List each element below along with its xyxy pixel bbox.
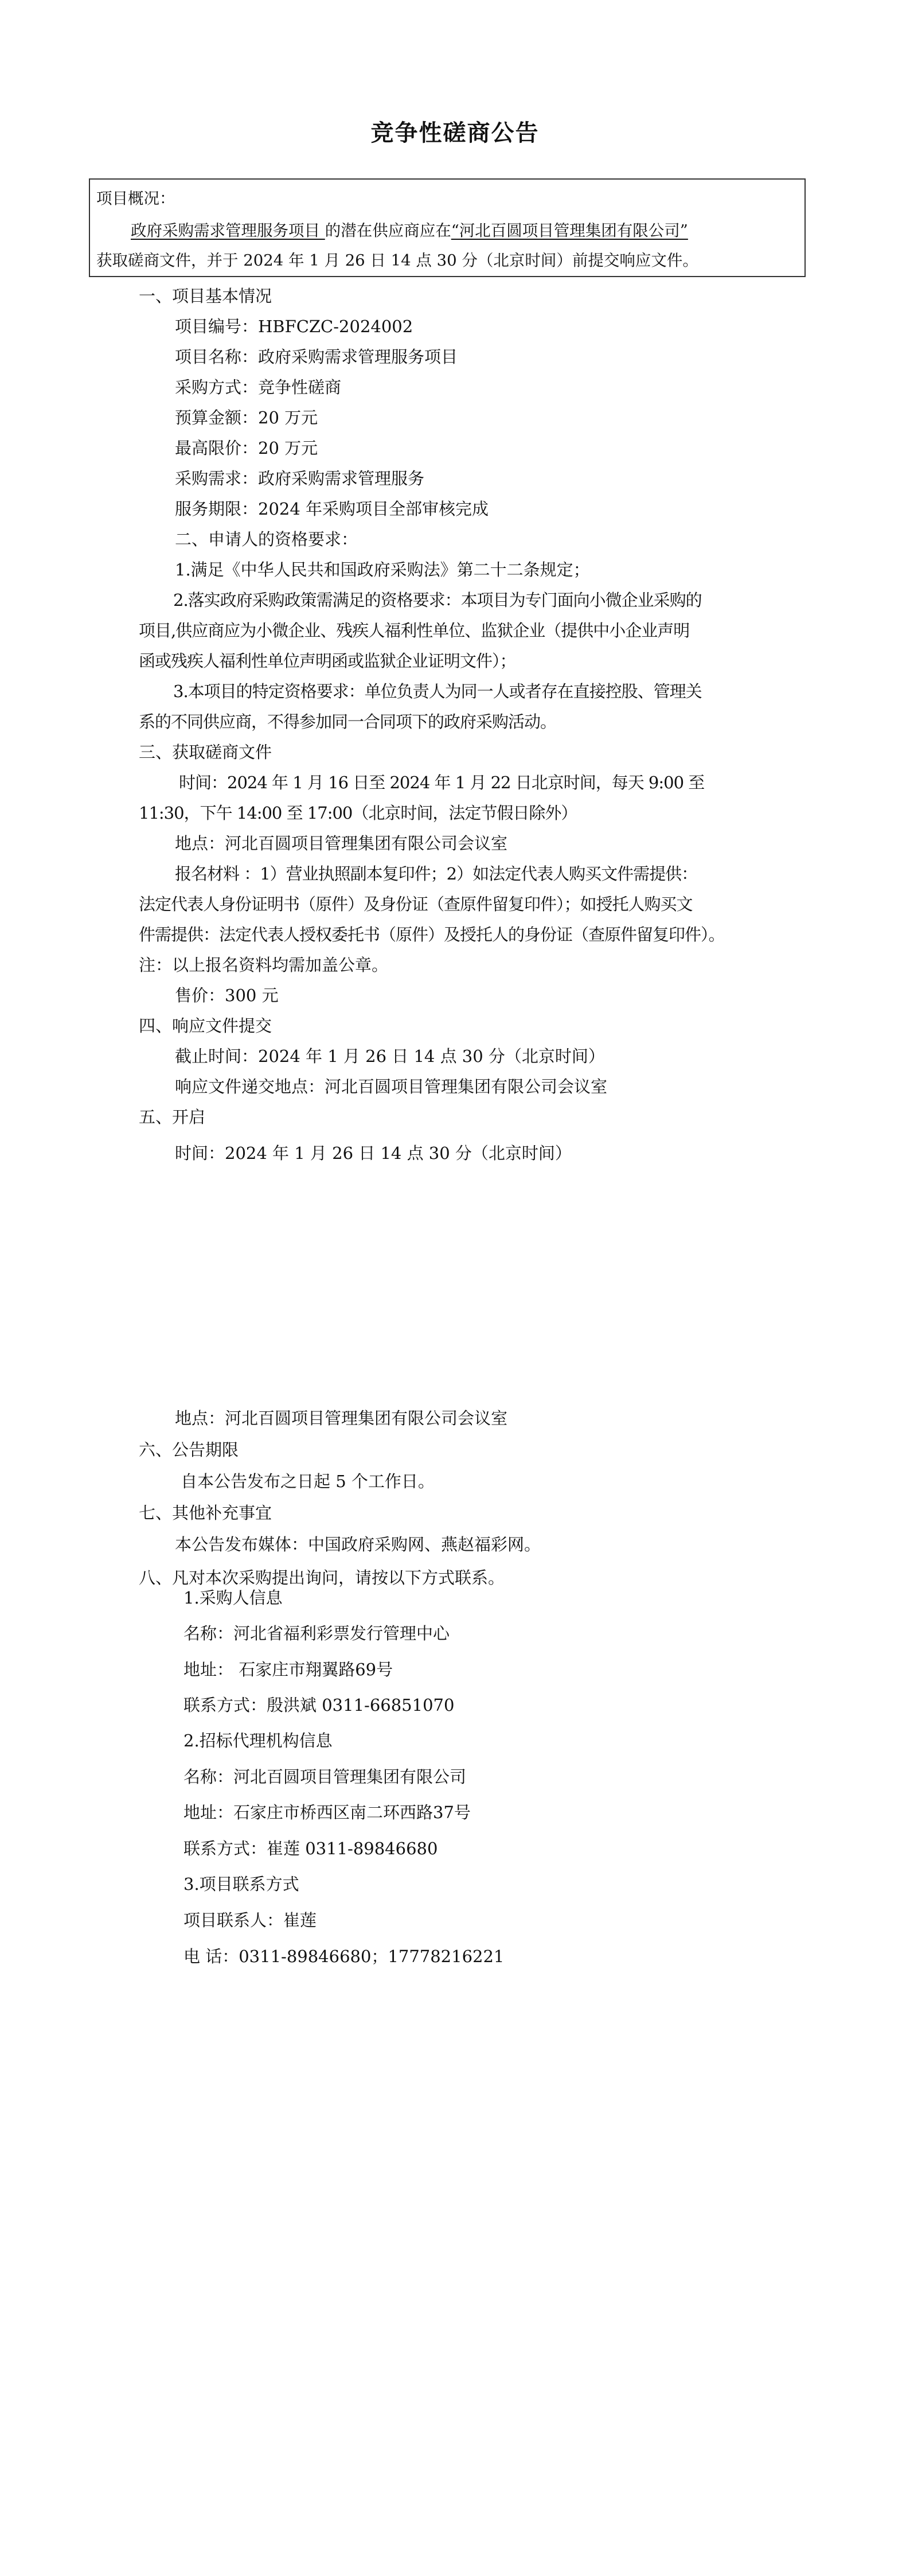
project-name: 项目名称：政府采购需求管理服务项目 — [175, 345, 458, 368]
qualification-2-line-3: 函或残疾人福利性单位声明函或监狱企业证明文件）； — [139, 649, 516, 672]
max-price: 最高限价：20 万元 — [175, 437, 318, 460]
submission-location: 响应文件递交地点：河北百圆项目管理集团有限公司会议室 — [175, 1075, 607, 1098]
acquisition-location: 地点：河北百圆项目管理集团有限公司会议室 — [175, 832, 507, 855]
registration-note: 注：以上报名资料均需加盖公章。 — [139, 954, 388, 976]
agency-info-heading: 2.招标代理机构信息 — [183, 1729, 333, 1752]
section-8-heading: 八、凡对本次采购提出询问，请按以下方式联系。 — [139, 1566, 505, 1589]
purchaser-name: 名称：河北省福利彩票发行管理中心 — [183, 1622, 450, 1645]
project-contact-person: 项目联系人：崔莲 — [183, 1909, 317, 1932]
project-contact-heading: 3.项目联系方式 — [183, 1873, 299, 1896]
section-4-heading: 四、响应文件提交 — [139, 1014, 272, 1037]
publication-media: 本公告发布媒体：中国政府采购网、燕赵福彩网。 — [175, 1533, 541, 1556]
section-1-heading: 一、项目基本情况 — [139, 285, 272, 308]
section-5-heading: 五、开启 — [139, 1106, 205, 1129]
overview-project-name: 政府采购需求管理服务项目 — [131, 221, 325, 240]
document-price: 售价：300 元 — [175, 984, 279, 1007]
procurement-method: 采购方式：竞争性磋商 — [175, 376, 341, 399]
announcement-period: 自本公告发布之日起 5 个工作日。 — [181, 1470, 435, 1493]
overview-label: 项目概况： — [96, 187, 175, 210]
submission-deadline: 截止时间：2024 年 1 月 26 日 14 点 30 分（北京时间） — [175, 1045, 605, 1068]
registration-materials-line-1: 报名材料 ：1）营业执照副本复印件；2）如法定代表人购买文件需提供： — [175, 862, 697, 885]
acquisition-time-line-2: 11:30，下午 14:00 至 17:00（北京时间，法定节假日除外） — [139, 801, 577, 824]
section-2-heading: 二、申请人的资格要求： — [175, 528, 358, 551]
agency-name: 名称：河北百圆项目管理集团有限公司 — [183, 1765, 466, 1788]
qualification-1: 1.满足《中华人民共和国政府采购法》第二十二条规定； — [175, 558, 590, 581]
page-title: 竞争性磋商公告 — [0, 118, 910, 148]
qualification-3-line-1: 3.本项目的特定资格要求：单位负责人为同一人或者存在直接控股、管理关 — [173, 680, 702, 703]
budget-amount: 预算金额：20 万元 — [175, 406, 318, 429]
project-number: 项目编号：HBFCZC-2024002 — [175, 315, 413, 338]
qualification-2-line-2: 项目,供应商应为小微企业、残疾人福利性单位、监狱企业（提供中小企业声明 — [139, 619, 689, 642]
overview-line-2: 获取磋商文件，并于 2024 年 1 月 26 日 14 点 30 分（北京时间… — [96, 249, 698, 272]
opening-time: 时间：2024 年 1 月 26 日 14 点 30 分（北京时间） — [175, 1142, 572, 1165]
section-3-heading: 三、获取磋商文件 — [139, 741, 272, 764]
acquisition-time-line-1: 时间：2024 年 1 月 16 日至 2024 年 1 月 22 日北京时间，… — [179, 771, 704, 794]
service-period: 服务期限：2024 年采购项目全部审核完成 — [175, 497, 489, 520]
agency-address: 地址：石家庄市桥西区南二环西路37号 — [183, 1801, 471, 1824]
overview-agency-name: “河北百圆项目管理集团有限公司” — [451, 221, 688, 240]
agency-contact: 联系方式：崔莲 0311-89846680 — [183, 1837, 438, 1860]
qualification-2-line-1: 2.落实政府采购政策需满足的资格要求：本项目为专门面向小微企业采购的 — [173, 589, 702, 612]
purchaser-info-heading: 1.采购人信息 — [183, 1586, 283, 1609]
qualification-3-line-2: 系的不同供应商，不得参加同一合同项下的政府采购活动。 — [139, 710, 556, 733]
purchaser-address: 地址： 石家庄市翔翼路69号 — [183, 1658, 393, 1681]
purchaser-contact: 联系方式：殷洪斌 0311-66851070 — [183, 1694, 454, 1717]
registration-materials-line-2: 法定代表人身份证明书（原件）及身份证（查原件留复印件）；如授托人购买文 — [139, 893, 693, 916]
overview-line-1: 政府采购需求管理服务项目 的潜在供应商应在“河北百圆项目管理集团有限公司” — [131, 219, 688, 242]
overview-middle-text: 的潜在供应商应在 — [325, 221, 451, 240]
section-6-heading: 六、公告期限 — [139, 1438, 239, 1461]
project-contact-phone: 电 话：0311-89846680；17778216221 — [183, 1945, 504, 1968]
registration-materials-line-3: 件需提供：法定代表人授权委托书（原件）及授托人的身份证（查原件留复印件）。 — [139, 923, 725, 946]
procurement-requirement: 采购需求：政府采购需求管理服务 — [175, 467, 424, 490]
opening-location: 地点：河北百圆项目管理集团有限公司会议室 — [175, 1407, 507, 1430]
section-7-heading: 七、其他补充事宜 — [139, 1501, 272, 1524]
